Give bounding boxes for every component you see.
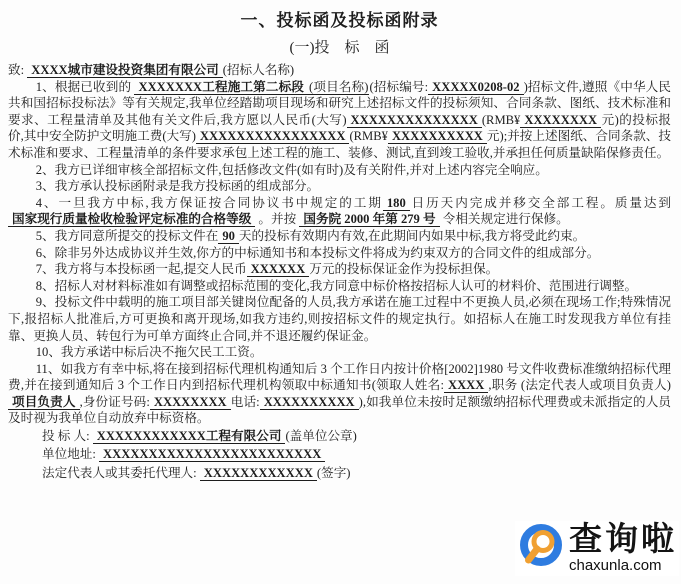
watermark-text: 查询啦 chaxunla.com bbox=[569, 523, 677, 574]
blank-field: XXXXXX bbox=[247, 262, 310, 277]
paragraph-8: 8、招标人对材料标准如有调整或招标范围的变化,我方同意中标价格按招标人认可的材料… bbox=[8, 278, 671, 295]
text-run: 1、根据已收到的 bbox=[36, 80, 135, 94]
text-run: 法定代表人或其委托代理人: bbox=[42, 466, 200, 480]
paragraph-2: 2、我方已详细审核全部招标文件,包括修改文件(如有时)及有关附件,并对上述内容完… bbox=[8, 162, 671, 179]
text-run: 9、投标文件中载明的施工项目部关键岗位配备的人员,我方承诺在施工过程中不更换人员… bbox=[8, 295, 671, 342]
blank-field: 国家现行质量检收检验评定标准的合格等级 bbox=[8, 212, 255, 227]
text-run: (RMB¥ bbox=[482, 113, 521, 127]
blank-field: XXXXXXXXXXXX工程有限公司 bbox=[93, 429, 286, 444]
text-run: 2、我方已详细审核全部招标文件,包括修改文件(如有时)及有关附件,并对上述内容完… bbox=[36, 163, 548, 177]
blank-field: XXXXXXXX bbox=[520, 113, 601, 128]
blank-field: 180 bbox=[383, 196, 410, 211]
text-run: (盖单位公章) bbox=[285, 429, 356, 443]
blank-field: XXXXXXXX bbox=[150, 395, 231, 410]
text-run: ,职务 (法定代表人或项目负责人) bbox=[488, 378, 671, 392]
watermark-brand: 查询啦 bbox=[569, 523, 677, 558]
text-run: 4、一旦我方中标,我方保证按合同协议书中规定的工期 bbox=[36, 196, 383, 210]
text-run: 6、除非另外达成协议并生效,你方的中标通知书和本投标文件将成为约束双方的合同文件… bbox=[36, 246, 600, 260]
blank-field: XXXXXXXXXXXX bbox=[200, 466, 317, 481]
blank-field: XXXXXXXXXXXXXX bbox=[347, 113, 482, 128]
text-run: 令相关规定进行保修。 bbox=[440, 212, 569, 226]
text-run: 日历天内完成并移交全部工程。质量达到 bbox=[410, 196, 671, 210]
blank-field: XXXXX0208-02 bbox=[428, 80, 523, 95]
underlined-text: (项目名称) bbox=[308, 80, 369, 95]
paragraph-3: 3、我方承认投标函附录是我方投标函的组成部分。 bbox=[8, 178, 671, 195]
text-run: 3、我方承认投标函附录是我方投标函的组成部分。 bbox=[36, 179, 319, 193]
watermark-domain: chaxunla.com bbox=[569, 558, 662, 575]
text-run: 8、招标人对材料标准如有调整或招标范围的变化,我方同意中标价格按招标人认可的材料… bbox=[36, 279, 637, 293]
text-run: (RMB¥ bbox=[349, 129, 388, 143]
document-content: 一、投标函及投标函附录 (一)投 标 函 致: XXXX城市建设投资集团有限公司… bbox=[0, 0, 681, 482]
text-run: 万元的投标保证金作为投标担保。 bbox=[309, 262, 498, 276]
blank-field: XXXXXXXXXXXXXXXX bbox=[196, 129, 350, 144]
blank-field: XXXXXXXXXXXXXXXXXXXXXXXX bbox=[99, 447, 325, 462]
blank-field: XXXXXXX工程施工第二标段 bbox=[134, 80, 308, 95]
text-run: 单位地址: bbox=[42, 447, 99, 461]
blank-field: XXXX bbox=[444, 378, 488, 393]
text-run: 10、我方承诺中标后决不拖欠民工工资。 bbox=[36, 345, 263, 359]
text-run: 天的投标有效期内有效,在此期间内如果中标,我方将受此约束。 bbox=[239, 229, 585, 243]
paragraph-10: 10、我方承诺中标后决不拖欠民工工资。 bbox=[8, 344, 671, 361]
text-run: 投 标 人: bbox=[42, 429, 93, 443]
paragraph-1: 1、根据已收到的 XXXXXXX工程施工第二标段(项目名称)(招标编号:XXXX… bbox=[8, 79, 671, 162]
page-title: 一、投标函及投标函附录 bbox=[8, 6, 671, 31]
watermark-logo: 查询啦 chaxunla.com bbox=[515, 521, 679, 576]
text-run: 。并按 bbox=[255, 212, 299, 226]
text-run: 7、我方将与本投标函一起,提交人民币 bbox=[36, 262, 247, 276]
magnifier-icon bbox=[517, 522, 565, 575]
addressee-line: 致: XXXX城市建设投资集团有限公司(招标人名称) bbox=[8, 62, 671, 79]
text-run: (招标人名称) bbox=[223, 63, 294, 77]
blank-field: XXXX城市建设投资集团有限公司 bbox=[27, 63, 223, 78]
company-address-line: 单位地址: XXXXXXXXXXXXXXXXXXXXXXXX bbox=[42, 445, 671, 463]
paragraph-6: 6、除非另外达成协议并生效,你方的中标通知书和本投标文件将成为约束双方的合同文件… bbox=[8, 245, 671, 262]
text-run: (招标编号: bbox=[369, 80, 428, 94]
text-run: (签字) bbox=[317, 466, 351, 480]
paragraph-11: 11、如我方有幸中标,将在接到招标代理机构通知后 3 个工作日内按计价格[200… bbox=[8, 361, 671, 427]
text-run: 致: bbox=[8, 63, 27, 77]
text-run: 电话: bbox=[231, 395, 260, 409]
bidder-line: 投 标 人: XXXXXXXXXXXX工程有限公司(盖单位公章) bbox=[42, 427, 671, 445]
document-page: 一、投标函及投标函附录 (一)投 标 函 致: XXXX城市建设投资集团有限公司… bbox=[0, 0, 681, 584]
paragraph-9: 9、投标文件中载明的施工项目部关键岗位配备的人员,我方承诺在施工过程中不更换人员… bbox=[8, 294, 671, 344]
section-subtitle: (一)投 标 函 bbox=[8, 36, 671, 57]
document-body: 致: XXXX城市建设投资集团有限公司(招标人名称)1、根据已收到的 XXXXX… bbox=[8, 62, 671, 482]
text-run: 5、我方同意所提交的投标文件在 bbox=[36, 229, 219, 243]
blank-field: XXXXXXXXXX bbox=[260, 395, 359, 410]
text-run: ,身份证号码: bbox=[80, 395, 150, 409]
paragraph-7: 7、我方将与本投标函一起,提交人民币XXXXXX万元的投标保证金作为投标担保。 bbox=[8, 261, 671, 278]
blank-field: 国务院 2000 年第 279 号 bbox=[299, 212, 439, 227]
blank-field: 项目负责人 bbox=[8, 395, 80, 410]
paragraph-5: 5、我方同意所提交的投标文件在90天的投标有效期内有效,在此期间内如果中标,我方… bbox=[8, 228, 671, 245]
legal-representative-line: 法定代表人或其委托代理人: XXXXXXXXXXXX(签字) bbox=[42, 464, 671, 482]
blank-field: 90 bbox=[218, 229, 239, 244]
paragraph-4: 4、一旦我方中标,我方保证按合同协议书中规定的工期180日历天内完成并移交全部工… bbox=[8, 195, 671, 228]
blank-field: XXXXXXXXXX bbox=[388, 129, 487, 144]
